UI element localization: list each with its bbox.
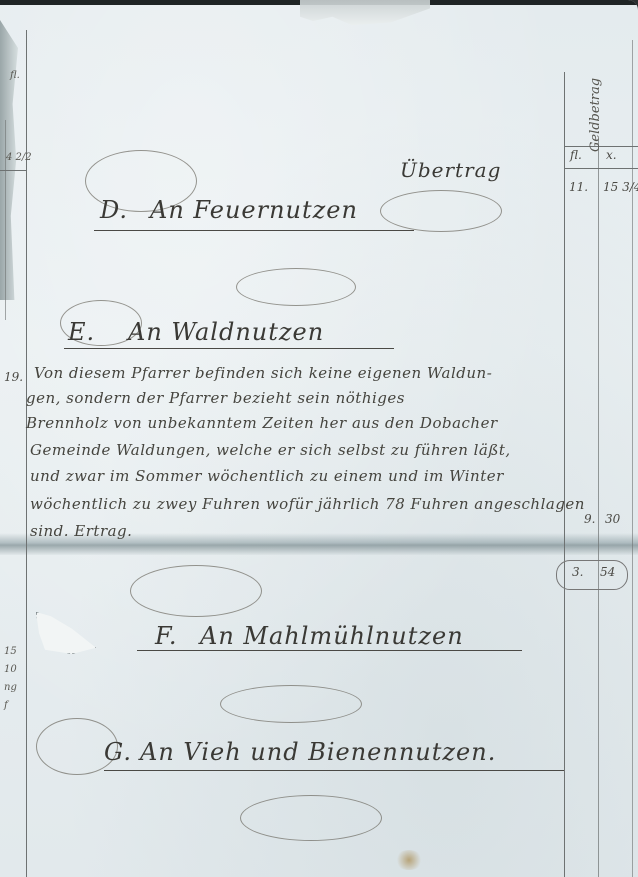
margin-note-3: ng xyxy=(4,682,17,693)
paper-stain xyxy=(395,850,423,870)
entry-kreuzer: 30 xyxy=(605,512,620,526)
flourish-g-top xyxy=(220,685,362,723)
section-g-title: An Vieh und Bienennutzen. xyxy=(140,738,496,766)
amount-column-rule-right xyxy=(632,40,633,877)
flourish-e-top xyxy=(236,268,356,306)
outer-margin-rule xyxy=(5,120,6,320)
torn-edge-top xyxy=(300,0,430,28)
paper-hole xyxy=(36,612,96,654)
section-d-title: An Feuernutzen xyxy=(150,196,358,224)
currency-gulden-header: fl. xyxy=(570,148,582,162)
total-circle xyxy=(556,560,628,590)
section-d-underline xyxy=(94,230,414,231)
margin-note-top: fl. xyxy=(10,70,20,81)
flourish-g-bottom xyxy=(240,795,382,841)
entry-gulden: 9. xyxy=(584,512,595,526)
section-f-letter: F. xyxy=(155,622,178,650)
carried-over-label: Übertrag xyxy=(400,158,501,182)
section-d-letter: D. xyxy=(100,196,128,224)
amount-column-rule-mid xyxy=(598,140,599,877)
section-f-title: An Mahlmühlnutzen xyxy=(200,622,464,650)
margin-note-2: 10 xyxy=(4,664,17,675)
section-f-underline xyxy=(137,650,522,651)
margin-fraction: 4 2/2 xyxy=(6,152,32,163)
entry-number: 19. xyxy=(4,370,23,384)
section-e-letter: E. xyxy=(68,318,95,346)
carried-kreuzer: 15 3/4 xyxy=(603,180,638,194)
entry-line-6: wöchentlich zu zwey Fuhren wofür jährlic… xyxy=(30,495,585,513)
flourish-uebertrag xyxy=(380,190,502,232)
amount-column-label: Geldbetrag xyxy=(588,78,603,152)
margin-note-1: 15 xyxy=(4,646,17,657)
amount-column-rule-left xyxy=(564,72,565,877)
entry-line-4: Gemeinde Waldungen, welche er sich selbs… xyxy=(30,441,511,459)
section-g-letter: G. xyxy=(104,738,132,766)
section-g-underline xyxy=(104,770,564,771)
total-gulden: 3. xyxy=(572,565,583,579)
entry-line-7: sind. Ertrag. xyxy=(30,522,132,540)
margin-note-4: f xyxy=(4,700,8,711)
entry-line-5: und zwar im Sommer wöchentlich zu einem … xyxy=(30,467,504,485)
total-kreuzer: 54 xyxy=(600,565,615,579)
carried-gulden: 11. xyxy=(569,180,588,194)
margin-row-rule xyxy=(0,170,26,171)
ledger-page: Geldbetrag fl. x. 11. 15 3/4 9. 30 3. 54… xyxy=(0,0,638,877)
section-e-title: An Waldnutzen xyxy=(128,318,324,346)
entry-line-3: Brennholz von unbekanntem Zeiten her aus… xyxy=(26,414,498,432)
amount-header-rule-bottom xyxy=(564,168,638,169)
section-e-underline xyxy=(64,348,394,349)
entry-line-2: gen, sondern der Pfarrer bezieht sein nö… xyxy=(26,389,405,407)
entry-line-1: Von diesem Pfarrer befinden sich keine e… xyxy=(34,364,492,382)
currency-kreuzer-header: x. xyxy=(606,148,617,162)
flourish-f xyxy=(130,565,262,617)
